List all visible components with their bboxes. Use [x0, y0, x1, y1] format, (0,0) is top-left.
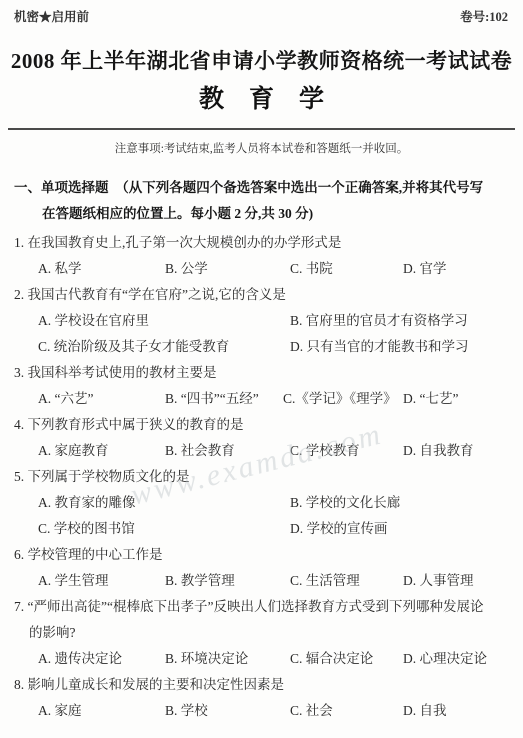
option-row: A. 学生管理 B. 教学管理 C. 生活管理 D. 人事管理: [0, 568, 523, 594]
question-2: 2. 我国古代教育有“学在官府”之说,它的含义是 A. 学校设在官府里 B. 官…: [0, 282, 523, 360]
question-text: 8. 影响儿童成长和发展的主要和决定性因素是: [0, 672, 523, 698]
option-b: B. “四书”“五经”: [165, 386, 283, 412]
question-text: 4. 下列教育形式中属于狭义的教育的是: [0, 412, 523, 438]
option-b: B. 学校: [165, 698, 290, 724]
question-6: 6. 学校管理的中心工作是 A. 学生管理 B. 教学管理 C. 生活管理 D.…: [0, 542, 523, 594]
question-text: 1. 在我国教育史上,孔子第一次大规模创办的办学形式是: [0, 230, 523, 256]
option-a: A. 家庭: [38, 698, 165, 724]
option-a: A. 学生管理: [38, 568, 165, 594]
security-label: 机密★启用前: [14, 9, 89, 26]
option-c: C. 书院: [290, 256, 403, 282]
question-5: 5. 下列属于学校物质文化的是 A. 教育家的雕像 B. 学校的文化长廊 C. …: [0, 464, 523, 542]
question-text: 6. 学校管理的中心工作是: [0, 542, 523, 568]
option-c: C. 学校教育: [290, 438, 403, 464]
option-b: B. 学校的文化长廊: [290, 490, 523, 516]
option-d: D. 自我教育: [403, 438, 523, 464]
question-4: 4. 下列教育形式中属于狭义的教育的是 A. 家庭教育 B. 社会教育 C. 学…: [0, 412, 523, 464]
option-row: A. 遗传决定论 B. 环境决定论 C. 辐合决定论 D. 心理决定论: [0, 646, 523, 672]
option-d: D. 学校的宣传画: [290, 516, 523, 542]
question-1: 1. 在我国教育史上,孔子第一次大规模创办的办学形式是 A. 私学 B. 公学 …: [0, 230, 523, 282]
question-text-continued: 的影响?: [0, 620, 523, 646]
option-c: C. 学校的图书馆: [38, 516, 290, 542]
option-a: A. 私学: [38, 256, 165, 282]
question-text: 2. 我国古代教育有“学在官府”之说,它的含义是: [0, 282, 523, 308]
question-7: 7. “严师出高徒”“棍棒底下出孝子”反映出人们选择教育方式受到下列哪种发展论 …: [0, 594, 523, 672]
option-d: D. “七艺”: [403, 386, 523, 412]
option-row: A. “六艺” B. “四书”“五经” C.《学记》《理学》 D. “七艺”: [0, 386, 523, 412]
option-d: D. 只有当官的才能教书和学习: [290, 334, 523, 360]
section-heading: 一、单项选择题 （从下列各题四个备选答案中选出一个正确答案,并将其代号写 在答题…: [0, 175, 523, 227]
option-b: B. 教学管理: [165, 568, 290, 594]
exam-subject: 教 育 学: [0, 85, 523, 115]
option-grid: A. 教育家的雕像 B. 学校的文化长廊 C. 学校的图书馆 D. 学校的宣传画: [0, 490, 523, 542]
option-b: B. 社会教育: [165, 438, 290, 464]
option-c: C. 统治阶级及其子女才能受教育: [38, 334, 290, 360]
section-heading-line1: 一、单项选择题 （从下列各题四个备选答案中选出一个正确答案,并将其代号写: [0, 175, 523, 201]
option-row: A. 家庭教育 B. 社会教育 C. 学校教育 D. 自我教育: [0, 438, 523, 464]
question-text: 7. “严师出高徒”“棍棒底下出孝子”反映出人们选择教育方式受到下列哪种发展论: [0, 594, 523, 620]
header-row: 机密★启用前 卷号:102: [0, 0, 523, 26]
option-a: A. 家庭教育: [38, 438, 165, 464]
option-d: D. 自我: [403, 698, 523, 724]
option-a: A. 遗传决定论: [38, 646, 165, 672]
exam-paper: 机密★启用前 卷号:102 2008 年上半年湖北省申请小学教师资格统一考试试卷…: [0, 0, 523, 738]
question-8: 8. 影响儿童成长和发展的主要和决定性因素是 A. 家庭 B. 学校 C. 社会…: [0, 672, 523, 724]
option-b: B. 公学: [165, 256, 290, 282]
option-c: C. 社会: [290, 698, 403, 724]
option-d: D. 心理决定论: [403, 646, 523, 672]
option-row: A. 家庭 B. 学校 C. 社会 D. 自我: [0, 698, 523, 724]
option-c: C. 辐合决定论: [290, 646, 403, 672]
question-3: 3. 我国科举考试使用的教材主要是 A. “六艺” B. “四书”“五经” C.…: [0, 360, 523, 412]
option-c: C. 生活管理: [290, 568, 403, 594]
option-d: D. 人事管理: [403, 568, 523, 594]
option-c: C.《学记》《理学》: [283, 386, 403, 412]
exam-title: 2008 年上半年湖北省申请小学教师资格统一考试试卷: [0, 46, 523, 76]
option-b: B. 环境决定论: [165, 646, 290, 672]
question-list: 1. 在我国教育史上,孔子第一次大规模创办的办学形式是 A. 私学 B. 公学 …: [0, 230, 523, 724]
option-a: A. “六艺”: [38, 386, 165, 412]
option-b: B. 官府里的官员才有资格学习: [290, 308, 523, 334]
option-d: D. 官学: [403, 256, 523, 282]
option-row: A. 私学 B. 公学 C. 书院 D. 官学: [0, 256, 523, 282]
option-a: A. 教育家的雕像: [38, 490, 290, 516]
question-text: 5. 下列属于学校物质文化的是: [0, 464, 523, 490]
question-text: 3. 我国科举考试使用的教材主要是: [0, 360, 523, 386]
option-a: A. 学校设在官府里: [38, 308, 290, 334]
header-divider: [8, 128, 515, 130]
exam-notice: 注意事项:考试结束,监考人员将本试卷和答题纸一并收回。: [0, 141, 523, 157]
paper-number: 卷号:102: [460, 9, 508, 26]
section-heading-line2: 在答题纸相应的位置上。每小题 2 分,共 30 分): [0, 201, 523, 227]
option-grid: A. 学校设在官府里 B. 官府里的官员才有资格学习 C. 统治阶级及其子女才能…: [0, 308, 523, 360]
